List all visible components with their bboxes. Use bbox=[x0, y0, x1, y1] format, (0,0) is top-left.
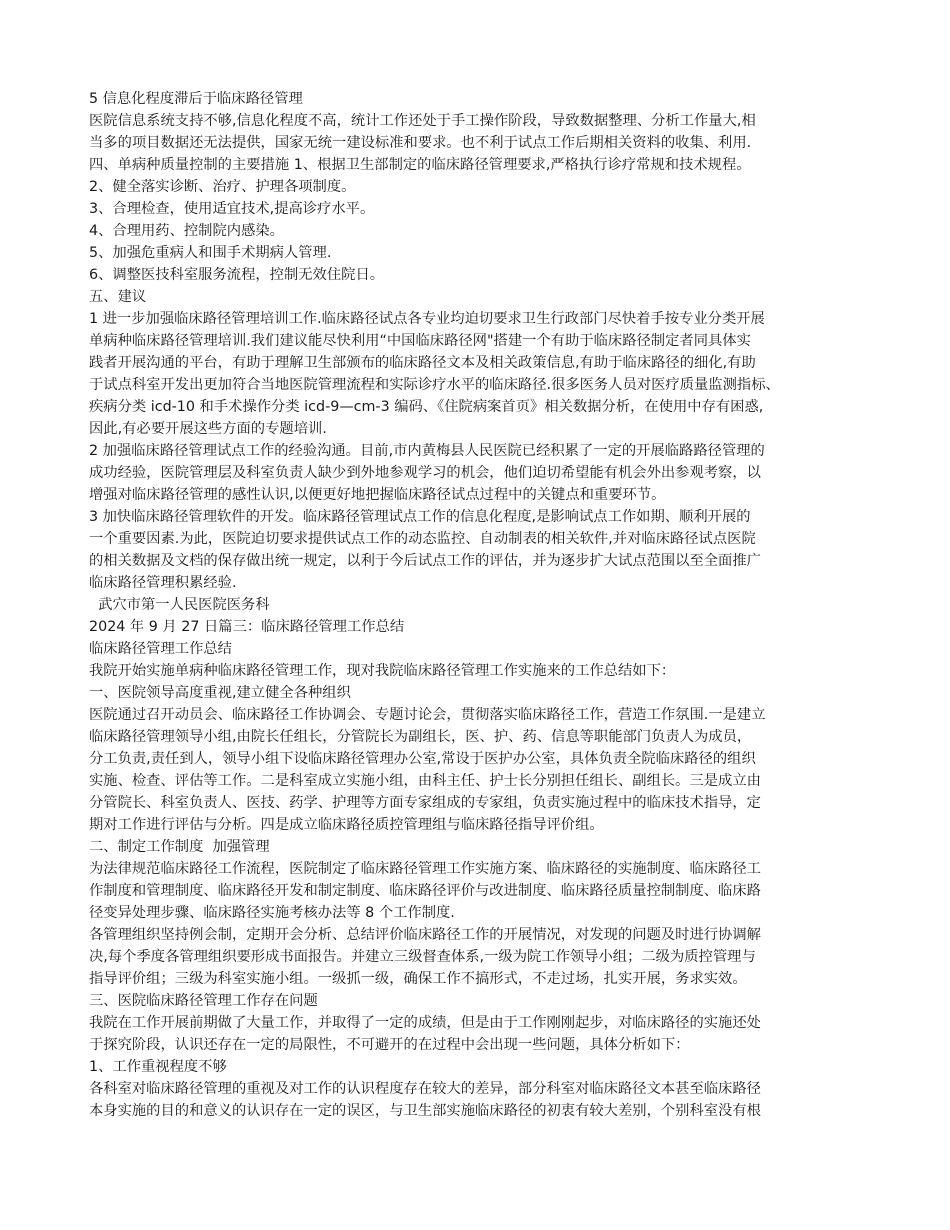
paragraph-line: 成功经验，医院管理层及科室负责人缺少到外地参观学习的机会，他们迫切希望能有机会外… bbox=[89, 462, 869, 484]
paragraph-line: 我院开始实施单病种临床路径管理工作，现对我院临床路径管理工作实施来的工作总结如下… bbox=[89, 660, 869, 682]
list-item: 4、合理用药、控制院内感染。 bbox=[89, 220, 869, 242]
paragraph-line: 增强对临床路径管理的感性认识,以便更好地把握临床路径试点过程中的关键点和重要环节… bbox=[89, 484, 869, 506]
paragraph-line: 实施、检查、评估等工作。二是科室成立实施小组，由科主任、护士长分别担任组长、副组… bbox=[89, 770, 869, 792]
paragraph-line: 医院通过召开动员会、临床路径工作协调会、专题讨论会，贯彻落实临床路径工作，营造工… bbox=[89, 704, 869, 726]
paragraph-line: 于探究阶段，认识还存在一定的局限性，不可避开的在过程中会出现一些问题，具体分析如… bbox=[89, 1034, 869, 1056]
paragraph-line: 分管院长、科室负责人、医技、药学、护理等方面专家组成的专家组，负责实施过程中的临… bbox=[89, 792, 869, 814]
paragraph-line: 单病种临床路径管理培训.我们建议能尽快利用“中国临床路径网"搭建一个有助于临床路… bbox=[89, 330, 869, 352]
paragraph-line: 当多的项目数据还无法提供，国家无统一建设标准和要求。也不利于试点工作后期相关资料… bbox=[89, 132, 869, 154]
date-and-title-line: 2024 年 9 月 27 日篇三：临床路径管理工作总结 bbox=[89, 616, 869, 638]
list-item: 3、合理检查，使用适宜技术,提高诊疗水平。 bbox=[89, 198, 869, 220]
document-title: 临床路径管理工作总结 bbox=[89, 638, 869, 660]
paragraph-line: 的相关数据及文档的保存做出统一规定，以利于今后试点工作的评估，并为逐步扩大试点范… bbox=[89, 550, 869, 572]
signature-department: 武穴市第一人民医院医务科 bbox=[89, 594, 869, 616]
paragraph-line: 期对工作进行评估与分析。四是成立临床路径质控管理组与临床路径指导评价组。 bbox=[89, 814, 869, 836]
list-item: 5、加强危重病人和围手术期病人管理. bbox=[89, 242, 869, 264]
section-heading-suggestions: 五、建议 bbox=[89, 286, 869, 308]
paragraph-line: 2 加强临床路径管理试点工作的经验沟通。目前,市内黄梅县人民医院已经积累了一定的… bbox=[89, 440, 869, 462]
paragraph-line: 我院在工作开展前期做了大量工作，并取得了一定的成绩，但是由于工作刚刚起步，对临床… bbox=[89, 1012, 869, 1034]
paragraph-line: 为法律规范临床路径工作流程，医院制定了临床路径管理工作实施方案、临床路径的实施制… bbox=[89, 858, 869, 880]
paragraph-line: 指导评价组；三级为科室实施小组。一级抓一级，确保工作不搞形式，不走过场，扎实开展… bbox=[89, 968, 869, 990]
paragraph-line: 疾病分类 icd-10 和手术操作分类 icd-9—cm-3 编码、《住院病案首… bbox=[89, 396, 869, 418]
paragraph-line: 3 加快临床路径管理软件的开发。临床路径管理试点工作的信息化程度,是影响试点工作… bbox=[89, 506, 869, 528]
list-item: 6、调整医技科室服务流程，控制无效住院日。 bbox=[89, 264, 869, 286]
paragraph-line: 本身实施的目的和意义的认识存在一定的误区，与卫生部实施临床路径的初衷有较大差别，… bbox=[89, 1100, 869, 1122]
document-page: 5 信息化程度滞后于临床路径管理 医院信息系统支持不够,信息化程度不高，统计工作… bbox=[89, 88, 869, 1122]
paragraph-line: 决,每个季度各管理组织要形成书面报告。并建立三级督查体系,一级为院工作领导小组；… bbox=[89, 946, 869, 968]
paragraph-line: 作制度和管理制度、临床路径开发和制定制度、临床路径评价与改进制度、临床路径质量控… bbox=[89, 880, 869, 902]
paragraph-line: 因此,有必要开展这些方面的专题培训. bbox=[89, 418, 869, 440]
paragraph-line: 分工负责,责任到人，领导小组下设临床路径管理办公室,常设于医护办公室，具体负责全… bbox=[89, 748, 869, 770]
section-heading-measures: 四、单病种质量控制的主要措施 1、根据卫生部制定的临床路径管理要求,严格执行诊疗… bbox=[89, 154, 869, 176]
paragraph-line: 医院信息系统支持不够,信息化程度不高，统计工作还处于手工操作阶段，导致数据整理、… bbox=[89, 110, 869, 132]
section-heading-leadership: 一、医院领导高度重视,建立健全各种组织 bbox=[89, 682, 869, 704]
subheading-attention: 1、工作重视程度不够 bbox=[89, 1056, 869, 1078]
section-heading-problems: 三、医院临床路径管理工作存在问题 bbox=[89, 990, 869, 1012]
paragraph-line: 一个重要因素.为此，医院迫切要求提供试点工作的动态监控、自动制表的相关软件,并对… bbox=[89, 528, 869, 550]
section-heading-informatization: 5 信息化程度滞后于临床路径管理 bbox=[89, 88, 869, 110]
paragraph-line: 径变异处理步骤、临床路径实施考核办法等 8 个工作制度. bbox=[89, 902, 869, 924]
paragraph-line: 践者开展沟通的平台，有助于理解卫生部颁布的临床路径文本及相关政策信息,有助于临床… bbox=[89, 352, 869, 374]
paragraph-line: 1 进一步加强临床路径管理培训工作.临床路径试点各专业均迫切要求卫生行政部门尽快… bbox=[89, 308, 869, 330]
paragraph-line: 于试点科室开发出更加符合当地医院管理流程和实际诊疗水平的临床路径.很多医务人员对… bbox=[89, 374, 869, 396]
list-item: 2、健全落实诊断、治疗、护理各项制度。 bbox=[89, 176, 869, 198]
paragraph-line: 临床路径管理积累经验. bbox=[89, 572, 869, 594]
paragraph-line: 各管理组织坚持例会制，定期开会分析、总结评价临床路径工作的开展情况，对发现的问题… bbox=[89, 924, 869, 946]
paragraph-line: 临床路径管理领导小组,由院长任组长，分管院长为副组长，医、护、药、信息等职能部门… bbox=[89, 726, 869, 748]
section-heading-systems: 二、制定工作制度 加强管理 bbox=[89, 836, 869, 858]
paragraph-line: 各科室对临床路径管理的重视及对工作的认识程度存在较大的差异，部分科室对临床路径文… bbox=[89, 1078, 869, 1100]
